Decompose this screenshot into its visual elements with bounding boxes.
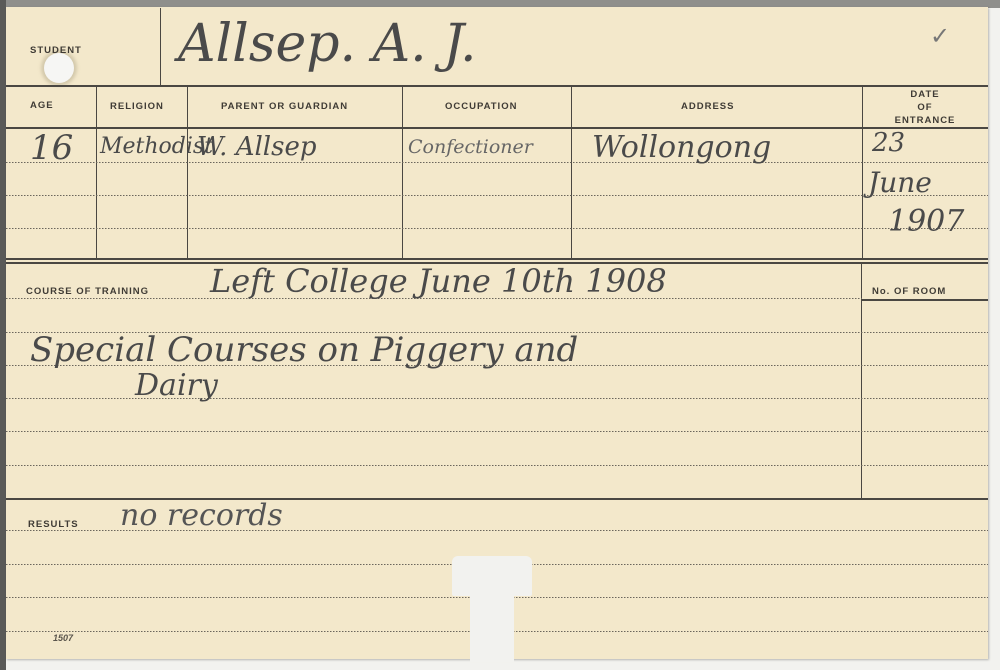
divider — [6, 127, 988, 129]
divider — [6, 258, 988, 260]
ruled-line — [6, 195, 988, 196]
filing-notch-stem — [470, 592, 514, 662]
occupation-value: Confectioner — [408, 136, 533, 158]
filing-notch — [452, 556, 532, 596]
checkmark-icon: ✓ — [930, 22, 950, 50]
date-day-value: 23 — [872, 128, 905, 158]
course-line-1: Left College June 10th 1908 — [210, 262, 667, 300]
date-month-value: June — [868, 166, 932, 199]
results-value: no records — [120, 498, 283, 533]
ruled-line — [6, 465, 988, 466]
punch-hole — [44, 53, 74, 83]
divider — [187, 85, 188, 258]
student-name: Allsep. A. J. — [178, 14, 477, 74]
divider — [571, 85, 572, 258]
ruled-line — [6, 530, 988, 531]
divider — [96, 85, 97, 258]
divider — [160, 8, 161, 86]
ruled-line — [6, 431, 988, 432]
room-label: No. OF ROOM — [872, 286, 946, 297]
form-number: 1507 — [53, 633, 73, 643]
date-entrance-label: DATE OF ENTRANCE — [862, 88, 988, 127]
course-line-3: Dairy — [135, 368, 218, 403]
parent-label: PARENT OR GUARDIAN — [221, 101, 348, 112]
date-year-value: 1907 — [888, 204, 964, 239]
occupation-label: OCCUPATION — [445, 101, 517, 112]
course-line-2: Special Courses on Piggery and — [30, 330, 578, 370]
ruled-line — [6, 162, 988, 163]
parent-value: W. Allsep — [197, 132, 317, 162]
ruled-line — [6, 228, 988, 229]
divider — [862, 299, 988, 301]
address-label: ADDRESS — [681, 101, 734, 112]
age-label: AGE — [30, 100, 54, 111]
address-value: Wollongong — [592, 130, 771, 165]
divider — [402, 85, 403, 258]
divider — [6, 85, 988, 87]
results-label: RESULTS — [28, 519, 79, 530]
student-label: STUDENT — [30, 45, 82, 56]
age-value: 16 — [30, 128, 73, 168]
religion-label: RELIGION — [110, 101, 164, 112]
course-label: COURSE OF TRAINING — [26, 286, 149, 297]
